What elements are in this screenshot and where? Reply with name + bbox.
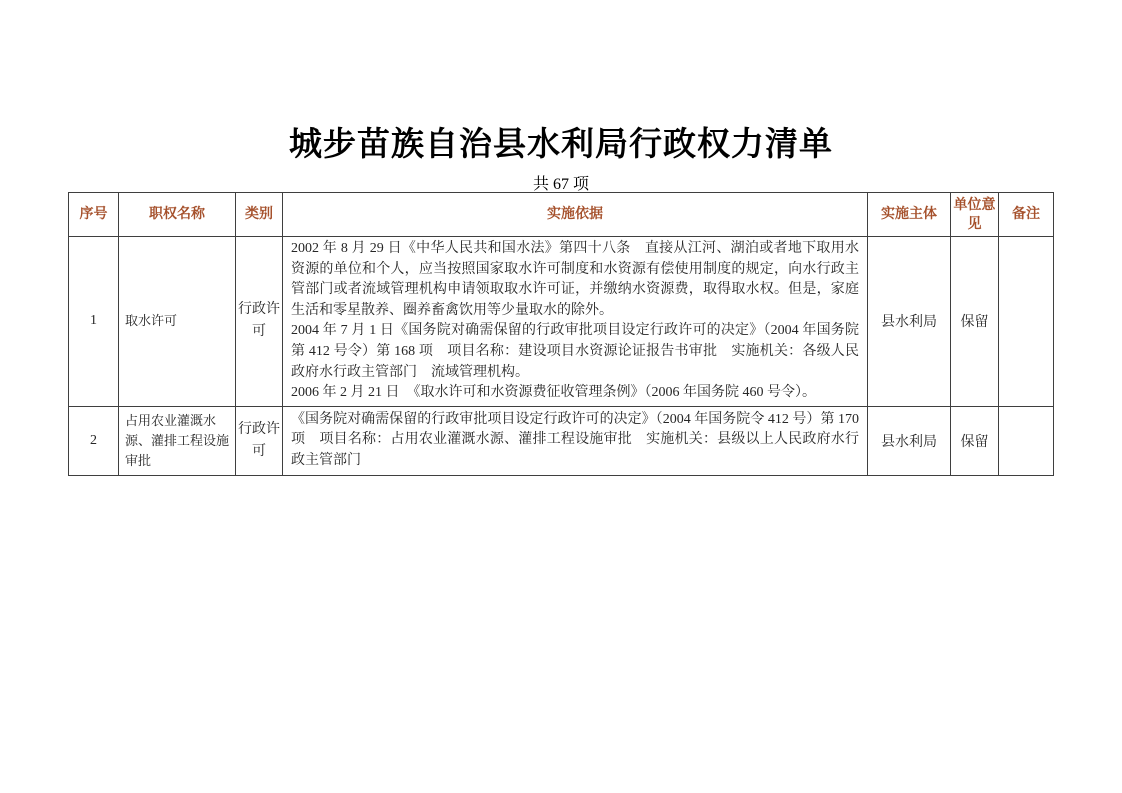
cell-name: 取水许可 <box>119 237 236 407</box>
table-row: 2 占用农业灌溉水源、灌排工程设施审批 行政许可 《国务院对确需保留的行政审批项… <box>69 406 1054 475</box>
header-cell-subject: 实施主体 <box>868 193 951 237</box>
power-list-table: 序号 职权名称 类别 实施依据 实施主体 单位意见 备注 1 取水许可 行政许可… <box>68 192 1054 476</box>
cell-basis: 2002 年 8 月 29 日《中华人民共和国水法》第四十八条 直接从江河、湖泊… <box>283 237 868 407</box>
table-row: 1 取水许可 行政许可 2002 年 8 月 29 日《中华人民共和国水法》第四… <box>69 237 1054 407</box>
cell-name: 占用农业灌溉水源、灌排工程设施审批 <box>119 406 236 475</box>
table-header-row: 序号 职权名称 类别 实施依据 实施主体 单位意见 备注 <box>69 193 1054 237</box>
cell-basis: 《国务院对确需保留的行政审批项目设定行政许可的决定》（2004 年国务院令 41… <box>283 406 868 475</box>
cell-opinion: 保留 <box>951 406 999 475</box>
cell-remark <box>999 406 1054 475</box>
header-cell-name: 职权名称 <box>119 193 236 237</box>
cell-category: 行政许可 <box>236 237 283 407</box>
cell-seq: 2 <box>69 406 119 475</box>
cell-opinion: 保留 <box>951 237 999 407</box>
cell-remark <box>999 237 1054 407</box>
header-cell-remark: 备注 <box>999 193 1054 237</box>
page-title: 城步苗族自治县水利局行政权力清单 <box>0 118 1122 165</box>
header-cell-opinion: 单位意见 <box>951 193 999 237</box>
page-subtitle: 共 67 项 <box>0 171 1122 194</box>
header-cell-category: 类别 <box>236 193 283 237</box>
header-cell-seq: 序号 <box>69 193 119 237</box>
cell-seq: 1 <box>69 237 119 407</box>
cell-subject: 县水利局 <box>868 406 951 475</box>
cell-subject: 县水利局 <box>868 237 951 407</box>
cell-category: 行政许可 <box>236 406 283 475</box>
header-cell-basis: 实施依据 <box>283 193 868 237</box>
document-page: 城步苗族自治县水利局行政权力清单 共 67 项 序号 职权名称 类别 实施依据 … <box>0 0 1122 793</box>
